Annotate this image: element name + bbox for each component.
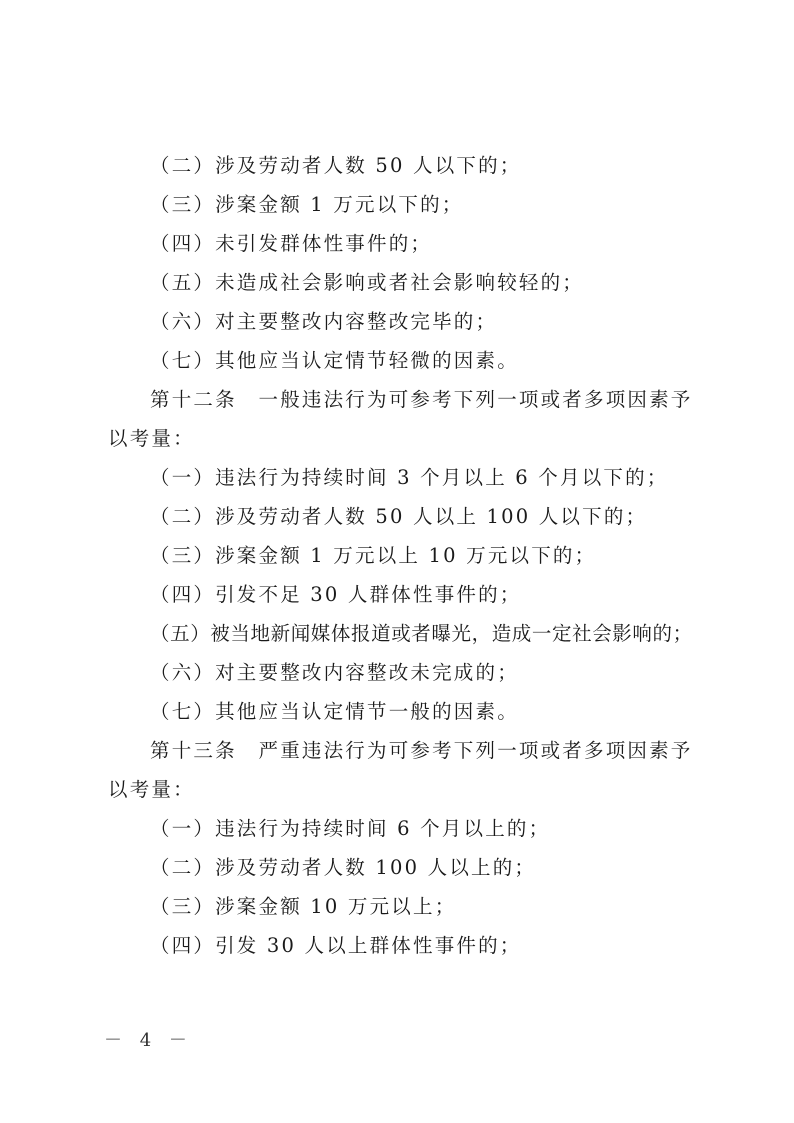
clause-item: （三）涉案金额 1 万元以上 10 万元以下的； — [150, 544, 596, 568]
clause-item: （二）涉及劳动者人数 50 人以下的； — [150, 154, 522, 178]
clause-item: （一）违法行为持续时间 6 个月以上的； — [150, 817, 550, 841]
clause-item: （三）涉案金额 1 万元以下的； — [150, 193, 464, 217]
clause-item: （四）引发 30 人以上群体性事件的； — [150, 934, 522, 958]
article-13-continuation: 以考量： — [108, 778, 195, 802]
clause-item: （一）违法行为持续时间 3 个月以上 6 个月以下的； — [150, 466, 669, 490]
clause-item: （二）涉及劳动者人数 50 人以上 100 人以下的； — [150, 505, 647, 529]
article-13-heading: 第十三条 严重违法行为可参考下列一项或者多项因素予 — [150, 739, 693, 763]
clause-item: （五）未造成社会影响或者社会影响较轻的； — [150, 271, 584, 295]
clause-item: （六）对主要整改内容整改未完成的； — [150, 661, 519, 685]
clause-item: （七）其他应当认定情节一般的因素。 — [150, 700, 519, 724]
page-number: － 4 － — [104, 1026, 193, 1052]
clause-item: （四）未引发群体性事件的； — [150, 232, 432, 256]
article-12-continuation: 以考量： — [108, 427, 195, 451]
clause-item: （四）引发不足 30 人群体性事件的； — [150, 583, 522, 607]
clause-item: （二）涉及劳动者人数 100 人以上的； — [150, 856, 536, 880]
clause-item: （三）涉案金额 10 万元以上； — [150, 895, 456, 919]
article-12-heading: 第十二条 一般违法行为可参考下列一项或者多项因素予 — [150, 388, 693, 412]
clause-item: （五）被当地新闻媒体报道或者曝光，造成一定社会影响的； — [150, 622, 693, 646]
clause-item: （七）其他应当认定情节轻微的因素。 — [150, 349, 519, 373]
clause-item: （六）对主要整改内容整改完毕的； — [150, 310, 497, 334]
document-page: （二）涉及劳动者人数 50 人以下的； （三）涉案金额 1 万元以下的； （四）… — [0, 0, 794, 1123]
